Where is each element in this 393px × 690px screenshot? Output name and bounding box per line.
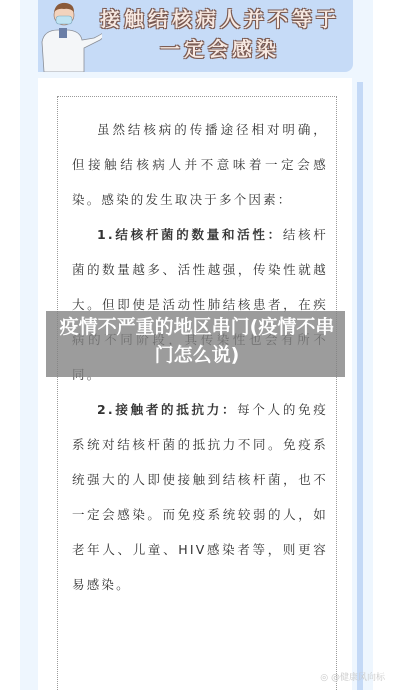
- weibo-watermark: ◎ @健康风向标: [320, 670, 385, 683]
- factor-2-text: 每个人的免疫系统对结核杆菌的抵抗力不同。免疫系统强大的人即使接触到结核杆菌，也不…: [72, 402, 328, 592]
- doctor-illustration-icon: [30, 0, 102, 72]
- factor-1-heading: 1.结核杆菌的数量和活性：: [97, 227, 283, 242]
- header-title-line2: 一定会感染: [100, 34, 340, 64]
- watermark-text: @健康风向标: [331, 673, 385, 683]
- header-title-line1: 接触结核病人并不等于: [100, 4, 340, 34]
- paragraph-intro: 虽然结核病的传播途径相对明确，但接触结核病人并不意味着一定会感染。感染的发生取决…: [72, 112, 328, 217]
- paragraph-factor-2: 2.接触者的抵抗力：每个人的免疫系统对结核杆菌的抵抗力不同。免疫系统强大的人即使…: [72, 392, 328, 602]
- factor-2-heading: 2.接触者的抵抗力：: [97, 402, 237, 417]
- weibo-icon: ◎: [320, 673, 328, 683]
- side-accent-bar: [357, 82, 363, 690]
- overlay-title: 疫情不严重的地区串门(疫情不串门怎么说): [52, 313, 342, 369]
- header-title: 接触结核病人并不等于 一定会感染: [100, 4, 340, 64]
